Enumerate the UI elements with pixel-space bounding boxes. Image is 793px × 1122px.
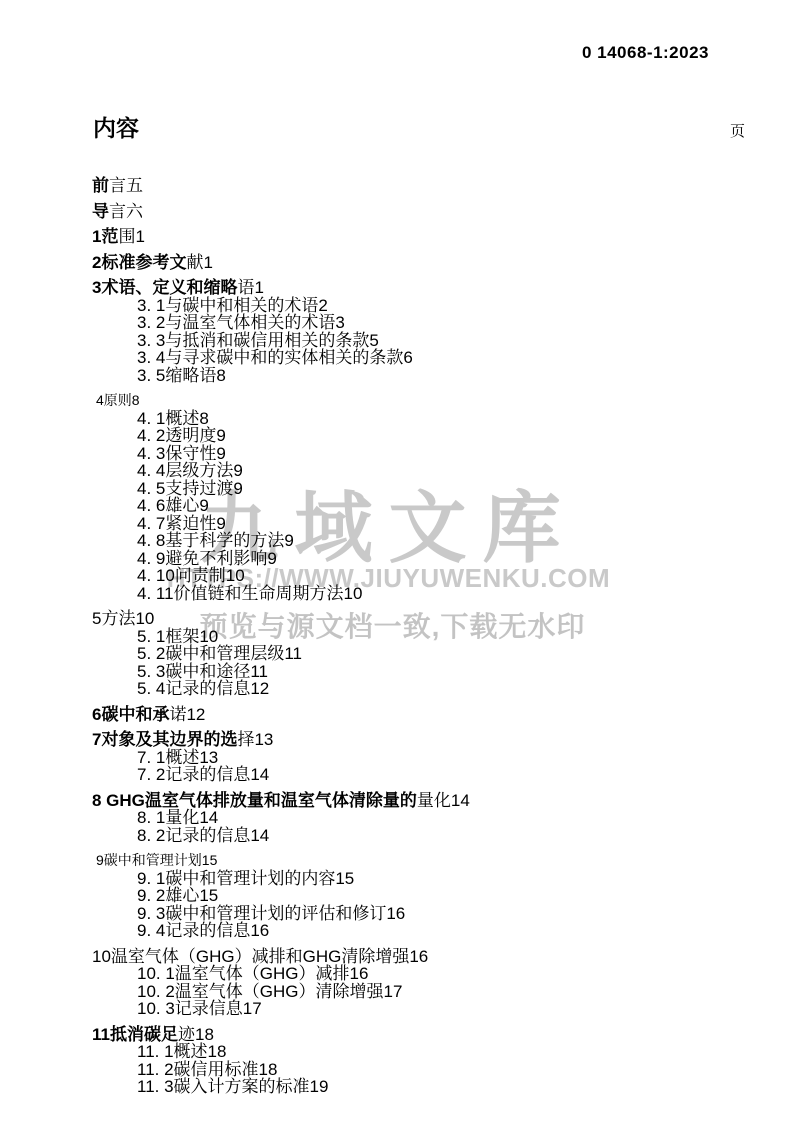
- toc-entry: 1范围1: [0, 228, 793, 246]
- toc-entry: 11. 2碳信用标准18: [0, 1061, 793, 1079]
- toc-entry: 导言六: [0, 203, 793, 221]
- toc-entry: 5. 2碳中和管理层级11: [0, 645, 793, 663]
- toc-entry-text: 9. 1碳中和管理计划的内容15: [137, 869, 354, 888]
- toc-entry-text: 10温室气体（GHG）减排和GHG清除增强16: [92, 947, 428, 966]
- toc-entry: 9碳中和管理计划15: [0, 852, 793, 870]
- toc-entry: 4. 2透明度9: [0, 427, 793, 445]
- toc-entry: 10. 3记录信息17: [0, 1000, 793, 1018]
- toc-entry: 8. 2记录的信息14: [0, 827, 793, 845]
- page-column-label: 页: [730, 120, 745, 141]
- toc-entry: 3. 2与温室气体相关的术语3: [0, 314, 793, 332]
- toc-entry-text: 7. 1概述13: [137, 748, 218, 767]
- toc-entry-text: 10. 1温室气体（GHG）减排16: [137, 964, 368, 983]
- toc-entry: 4. 11价值链和生命周期方法10: [0, 585, 793, 603]
- toc-entry: 3. 1与碳中和相关的术语2: [0, 297, 793, 315]
- toc-entry: 7对象及其边界的选择13: [0, 731, 793, 749]
- toc-entry-text: 11. 1概述18: [137, 1042, 226, 1061]
- document-page: 九域文库 HTTPS://WWW.JIUYUWENKU.COM 预览与源文档一致…: [0, 0, 793, 1122]
- toc-entry: 11. 1概述18: [0, 1043, 793, 1061]
- toc-entry: 7. 2记录的信息14: [0, 766, 793, 784]
- toc-entry-bold: 8 GHG温室气体排放量和温室气体清除量的: [92, 791, 417, 810]
- toc-entry-text: 11. 3碳入计方案的标准19: [137, 1077, 328, 1096]
- toc-entry-text: 语1: [237, 278, 263, 297]
- toc-entry-text: 5. 1框架10: [137, 627, 218, 646]
- toc-entry-text: 4. 10问责制10: [137, 566, 245, 585]
- toc-entry-text: 3. 2与温室气体相关的术语3: [137, 313, 345, 332]
- toc-title-row: 内容 页: [93, 110, 745, 143]
- toc-entry-text: 5方法10: [92, 609, 154, 628]
- toc-entry: 3术语、定义和缩略语1: [0, 279, 793, 297]
- toc-entry: 9. 4记录的信息16: [0, 922, 793, 940]
- toc-entry-text: 5. 3碳中和途径11: [137, 662, 268, 681]
- toc-entry: 9. 2雄心15: [0, 887, 793, 905]
- toc-entry: 5. 3碳中和途径11: [0, 663, 793, 681]
- toc-entry: 3. 4与寻求碳中和的实体相关的条款6: [0, 349, 793, 367]
- toc-entry: 10. 2温室气体（GHG）清除增强17: [0, 983, 793, 1001]
- toc-entry-text: 献1: [186, 253, 212, 272]
- toc-entry-text: 4. 5支持过渡9: [137, 479, 243, 498]
- toc-entry: 5. 4记录的信息12: [0, 680, 793, 698]
- toc-entry: 4. 5支持过渡9: [0, 480, 793, 498]
- toc-entry-text: 10. 2温室气体（GHG）清除增强17: [137, 982, 402, 1001]
- toc-entry-bold: 导: [92, 202, 109, 221]
- toc-entry: 4. 4层级方法9: [0, 462, 793, 480]
- toc-entry: 10温室气体（GHG）减排和GHG清除增强16: [0, 948, 793, 966]
- toc-entry-text: 10. 3记录信息17: [137, 999, 262, 1018]
- toc-entry-text: 3. 1与碳中和相关的术语2: [137, 296, 328, 315]
- toc-entry-text: 7. 2记录的信息14: [137, 765, 269, 784]
- toc-entry-bold: 7对象及其边界的选: [92, 730, 237, 749]
- toc-entry-text: 4原则8: [96, 392, 140, 408]
- toc-entry-text: 言六: [109, 202, 143, 221]
- toc-entry: 8 GHG温室气体排放量和温室气体清除量的量化14: [0, 792, 793, 810]
- doc-number: 0 14068-1:2023: [582, 43, 709, 63]
- toc-entry-text: 8. 1量化14: [137, 808, 218, 827]
- toc-entry-text: 9碳中和管理计划15: [96, 852, 217, 868]
- toc-entry-bold: 3术语、定义和缩略: [92, 278, 237, 297]
- toc-entry-text: 诺12: [169, 705, 205, 724]
- toc-entry: 4. 7紧迫性9: [0, 515, 793, 533]
- toc-entry: 11抵消碳足迹18: [0, 1026, 793, 1044]
- toc-entry: 9. 1碳中和管理计划的内容15: [0, 870, 793, 888]
- toc-entry-text: 迹18: [178, 1025, 214, 1044]
- toc-entry-text: 4. 4层级方法9: [137, 461, 243, 480]
- toc-entry: 4. 10问责制10: [0, 567, 793, 585]
- toc-entry-text: 4. 1概述8: [137, 409, 209, 428]
- toc-entry: 3. 3与抵消和碳信用相关的条款5: [0, 332, 793, 350]
- toc-entry: 4. 8基于科学的方法9: [0, 532, 793, 550]
- toc-entry: 6碳中和承诺12: [0, 706, 793, 724]
- toc-entry-text: 4. 8基于科学的方法9: [137, 531, 294, 550]
- toc-entry: 8. 1量化14: [0, 809, 793, 827]
- toc-entry-text: 5. 4记录的信息12: [137, 679, 269, 698]
- toc-entry-text: 4. 2透明度9: [137, 426, 226, 445]
- toc-entry: 7. 1概述13: [0, 749, 793, 767]
- toc-entry: 2标准参考文献1: [0, 254, 793, 272]
- toc-entry-text: 3. 5缩略语8: [137, 366, 226, 385]
- toc-entry: 4. 6雄心9: [0, 497, 793, 515]
- toc-entry: 4. 9避免不利影响9: [0, 550, 793, 568]
- toc-entry-bold: 11抵消碳足: [92, 1025, 178, 1044]
- toc-entry-text: 言五: [109, 176, 143, 195]
- toc-entry: 5方法10: [0, 610, 793, 628]
- toc-entry: 4. 1概述8: [0, 410, 793, 428]
- toc-entry-text: 8. 2记录的信息14: [137, 826, 269, 845]
- toc-entry: 3. 5缩略语8: [0, 367, 793, 385]
- toc-entry-bold: 1范: [92, 227, 118, 246]
- toc-entry: 5. 1框架10: [0, 628, 793, 646]
- toc-entry-text: 5. 2碳中和管理层级11: [137, 644, 302, 663]
- toc-entry-text: 4. 6雄心9: [137, 496, 209, 515]
- toc-entry-text: 3. 4与寻求碳中和的实体相关的条款6: [137, 348, 413, 367]
- toc-entry-text: 9. 3碳中和管理计划的评估和修订16: [137, 904, 405, 923]
- toc-entry-bold: 6碳中和承: [92, 705, 169, 724]
- toc-entry-text: 择13: [237, 730, 273, 749]
- toc-entry: 4. 3保守性9: [0, 445, 793, 463]
- toc-entry-text: 围1: [118, 227, 144, 246]
- toc-list: 前言五导言六1范围12标准参考文献13术语、定义和缩略语13. 1与碳中和相关的…: [0, 169, 793, 1096]
- toc-entry: 前言五: [0, 177, 793, 195]
- toc-entry-bold: 前: [92, 176, 109, 195]
- toc-entry: 10. 1温室气体（GHG）减排16: [0, 965, 793, 983]
- toc-entry-text: 4. 9避免不利影响9: [137, 549, 277, 568]
- toc-entry-text: 9. 2雄心15: [137, 886, 218, 905]
- toc-entry-bold: 2标准参考文: [92, 253, 186, 272]
- toc-entry-text: 3. 3与抵消和碳信用相关的条款5: [137, 331, 379, 350]
- toc-entry-text: 11. 2碳信用标准18: [137, 1060, 277, 1079]
- toc-entry-text: 4. 11价值链和生命周期方法10: [137, 584, 362, 603]
- toc-entry-text: 4. 3保守性9: [137, 444, 226, 463]
- toc-entry-text: 9. 4记录的信息16: [137, 921, 269, 940]
- toc-entry: 11. 3碳入计方案的标准19: [0, 1078, 793, 1096]
- toc-entry-text: 4. 7紧迫性9: [137, 514, 226, 533]
- toc-title: 内容: [93, 110, 139, 143]
- toc-entry: 9. 3碳中和管理计划的评估和修订16: [0, 905, 793, 923]
- toc-entry-text: 量化14: [417, 791, 470, 810]
- toc-entry: 4原则8: [0, 392, 793, 410]
